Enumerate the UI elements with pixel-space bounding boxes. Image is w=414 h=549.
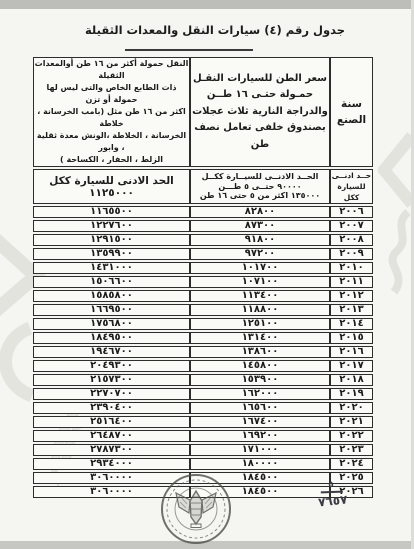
heavy-min-cell: ٢٥١٦٤٠٠: [33, 416, 190, 428]
year-cell: ٢٠١٦: [330, 346, 373, 358]
heavy-min-cell: ٢٦٤٨٧٠٠: [33, 430, 190, 442]
heavy-min-cell: ٢٩٣٤٠٠٠: [33, 458, 190, 470]
table-row: ٢٠١٨ ١٥٣٩٠٠ ٢١٥٧٣٠٠: [33, 374, 373, 386]
subheader-heavy-minimum: الحد الادنى للسيارة ككل ١١٢٥٠٠٠: [33, 169, 190, 204]
year-cell: ٢٠١٣: [330, 304, 373, 316]
subheader-ton-price-minimum: الحــد الادنــى للسيــارة ككــل ٩٠٠٠٠ حت…: [190, 169, 330, 204]
ton-price-min-cell: ٩١٨٠٠: [190, 234, 330, 246]
heavy-min-cell: ١٩٤٦٧٠٠: [33, 346, 190, 358]
ton-price-min-cell: ١٦٧٤٠٠: [190, 416, 330, 428]
year-cell: ٢٠٢١: [330, 416, 373, 428]
year-cell: ٢٠١٠: [330, 262, 373, 274]
ton-price-min-cell: ١٨٠٠٠٠: [190, 458, 330, 470]
official-seal-stamp-icon: [150, 471, 242, 549]
heavy-min-cell: ١٧٥٦٨٠٠: [33, 318, 190, 330]
heavy-min-cell: ١٤٣١٠٠٠: [33, 262, 190, 274]
year-cell: ٢٠٠٦: [330, 206, 373, 218]
year-cell: ٢٠١١: [330, 276, 373, 288]
table-row: ٢٠٢١ ١٦٧٤٠٠ ٢٥١٦٤٠٠: [33, 416, 373, 428]
table-row: ٢٠٢٠ ١٦٥٦٠٠ ٢٣٩٠٤٠٠: [33, 402, 373, 414]
table-row: ٢٠١٦ ١٣٨٦٠٠ ١٩٤٦٧٠٠: [33, 346, 373, 358]
ton-price-min-cell: ١٠٧١٠٠: [190, 276, 330, 288]
table-header: سنة الصنع سعر الطن للسيارات النقـل حمـول…: [33, 57, 373, 204]
table-row: ٢٠٢٢ ١٦٩٢٠٠ ٢٦٤٨٧٠٠: [33, 430, 373, 442]
table-row: ٢٠٠٦ ٨٢٨٠٠ ١١٦٥٥٠٠: [33, 206, 373, 218]
heavy-min-cell: ١٣٥٩٩٠٠: [33, 248, 190, 260]
handwritten-note: ٥ ٧٦٥٧: [307, 478, 358, 510]
year-cell: ٢٠٠٧: [330, 220, 373, 232]
ton-price-min-cell: ١٣٨٦٠٠: [190, 346, 330, 358]
watermark-calligraphy-swirl-right-icon: [382, 208, 414, 298]
heavy-min-cell: ١١٦٥٥٠٠: [33, 206, 190, 218]
header-ton-price-column: سعر الطن للسيارات النقـل حمـولة حتـى ١٦ …: [190, 57, 330, 167]
year-cell: ٢٠٠٩: [330, 248, 373, 260]
header-heavy-equipment-column: النقل حمولة أكثر من ١٦ طن أوالمعدات الثق…: [33, 57, 190, 167]
table-row: ٢٠٢٤ ١٨٠٠٠٠ ٢٩٣٤٠٠٠: [33, 458, 373, 470]
table-row: ٢٠١٢ ١١٣٤٠٠ ١٥٨٥٨٠٠: [33, 290, 373, 302]
watermark-chevron-right-icon: [378, 130, 414, 210]
subheader-year-minimum: حــد ادنــى للسيارة ككل: [330, 169, 373, 204]
heavy-min-cell: ٢٧٨٧٣٠٠: [33, 444, 190, 456]
ton-price-min-cell: ٩٧٢٠٠: [190, 248, 330, 260]
heavy-min-cell: ١٨٤٩٥٠٠: [33, 332, 190, 344]
table-row: ٢٠١٤ ١٢٥١٠٠ ١٧٥٦٨٠٠: [33, 318, 373, 330]
ton-price-min-cell: ١٦٥٦٠٠: [190, 402, 330, 414]
ton-price-min-cell: ١٧١٠٠٠: [190, 444, 330, 456]
heavy-min-cell: ١٢٩١٥٠٠: [33, 234, 190, 246]
year-cell: ٢٠١٤: [330, 318, 373, 330]
heavy-min-cell: ٢٢٧٠٧٠٠: [33, 388, 190, 400]
ton-price-min-cell: ١٦٢٠٠٠: [190, 388, 330, 400]
heavy-min-cell: ١٥٠٦٦٠٠: [33, 276, 190, 288]
heavy-min-cell: ١٥٨٥٨٠٠: [33, 290, 190, 302]
heavy-min-cell: ١٢٢٧٦٠٠: [33, 220, 190, 232]
year-cell: ٢٠٠٨: [330, 234, 373, 246]
year-cell: ٢٠١٩: [330, 388, 373, 400]
ton-price-min-cell: ١٢٥١٠٠: [190, 318, 330, 330]
heavy-min-cell: ٢٣٩٠٤٠٠: [33, 402, 190, 414]
ton-price-min-cell: ١٠١٧٠٠: [190, 262, 330, 274]
page-title: جدول رقم (٤) سيارات النقل والمعدات الثقي…: [70, 23, 360, 37]
year-cell: ٢٠١٢: [330, 290, 373, 302]
table-row: ٢٠١٠ ١٠١٧٠٠ ١٤٣١٠٠٠: [33, 262, 373, 274]
table-row: ٢٠١٩ ١٦٢٠٠٠ ٢٢٧٠٧٠٠: [33, 388, 373, 400]
table-row: ٢٠١٥ ١٣١٤٠٠ ١٨٤٩٥٠٠: [33, 332, 373, 344]
handwritten-denominator: ٧٦٥٧: [308, 492, 357, 510]
header-year-column: سنة الصنع: [330, 57, 373, 167]
heavy-min-cell: ٢١٥٧٣٠٠: [33, 374, 190, 386]
title-underline: [125, 49, 253, 51]
table-row: ٢٠٠٩ ٩٧٢٠٠ ١٣٥٩٩٠٠: [33, 248, 373, 260]
year-cell: ٢٠٢٣: [330, 444, 373, 456]
table-row: ٢٠١١ ١٠٧١٠٠ ١٥٠٦٦٠٠: [33, 276, 373, 288]
ton-price-min-cell: ١٥٣٩٠٠: [190, 374, 330, 386]
year-cell: ٢٠١٧: [330, 360, 373, 372]
table-row: ٢٠٢٣ ١٧١٠٠٠ ٢٧٨٧٣٠٠: [33, 444, 373, 456]
table-row: ٢٠١٧ ١٤٥٨٠٠ ٢٠٤٩٣٠٠: [33, 360, 373, 372]
scan-edge-top: [0, 0, 414, 9]
year-cell: ٢٠٢٤: [330, 458, 373, 470]
heavy-min-cell: ٢٠٤٩٣٠٠: [33, 360, 190, 372]
year-cell: ٢٠٢٠: [330, 402, 373, 414]
table-body: ٢٠٠٦ ٨٢٨٠٠ ١١٦٥٥٠٠ ٢٠٠٧ ٨٧٣٠٠ ١٢٢٧٦٠٠ ٢٠…: [33, 206, 373, 498]
year-cell: ٢٠٢٢: [330, 430, 373, 442]
ton-price-min-cell: ١٦٩٢٠٠: [190, 430, 330, 442]
heavy-min-cell: ١٦٦٩٥٠٠: [33, 304, 190, 316]
ton-price-min-cell: ٨٧٣٠٠: [190, 220, 330, 232]
ton-price-min-cell: ١١٨٨٠٠: [190, 304, 330, 316]
table-row: ٢٠٠٨ ٩١٨٠٠ ١٢٩١٥٠٠: [33, 234, 373, 246]
table-row: ٢٠٠٧ ٨٧٣٠٠ ١٢٢٧٦٠٠: [33, 220, 373, 232]
year-cell: ٢٠١٥: [330, 332, 373, 344]
vehicles-table: سنة الصنع سعر الطن للسيارات النقـل حمـول…: [33, 55, 373, 500]
ton-price-min-cell: ٨٢٨٠٠: [190, 206, 330, 218]
ton-price-min-cell: ١٤٥٨٠٠: [190, 360, 330, 372]
table-row: ٢٠١٣ ١١٨٨٠٠ ١٦٦٩٥٠٠: [33, 304, 373, 316]
ton-price-min-cell: ١١٣٤٠٠: [190, 290, 330, 302]
ton-price-min-cell: ١٣١٤٠٠: [190, 332, 330, 344]
year-cell: ٢٠١٨: [330, 374, 373, 386]
